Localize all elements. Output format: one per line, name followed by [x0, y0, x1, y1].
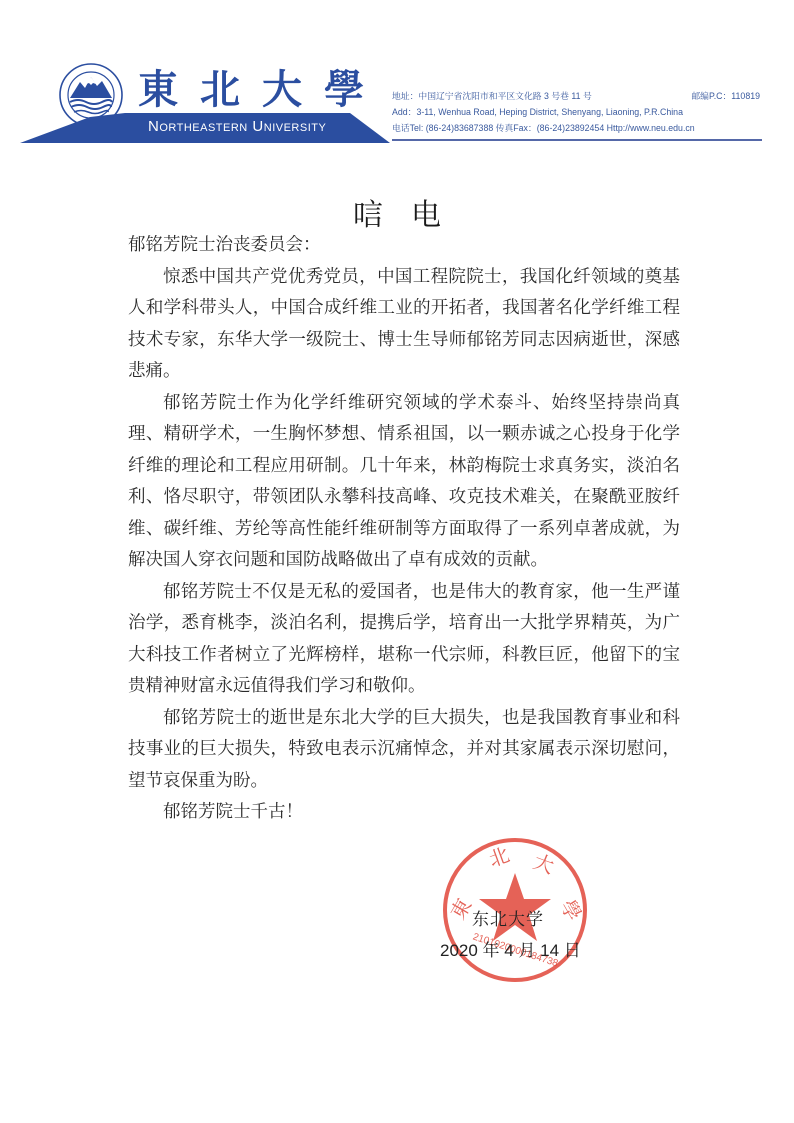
- university-name-cn: 東北大學: [138, 58, 386, 115]
- paragraph-3: 郁铭芳院士不仅是无私的爱国者，也是伟大的教育家，他一生严谨治学，悉育桃李，淡泊名…: [128, 577, 680, 703]
- signature-date: 2020 年 4 月 14 日: [440, 936, 581, 961]
- salutation: 郁铭芳院士治丧委员会：: [128, 230, 680, 262]
- phone-fax-web: 电话Tel: (86-24)83687388 传真Fax：(86-24)2389…: [392, 123, 695, 133]
- postcode: 邮编P.C：110819: [691, 88, 760, 104]
- letter-body: 郁铭芳院士治丧委员会： 惊悉中国共产党优秀党员，中国工程院院士，我国化纤领域的奠…: [128, 230, 680, 829]
- letterhead: 東北大學 Northeastern University 地址：中国辽宁省沈阳市…: [0, 0, 794, 150]
- address-en: Add：3-11, Wenhua Road, Heping District, …: [392, 107, 683, 117]
- contact-info: 地址：中国辽宁省沈阳市和平区文化路 3 号巷 11 号 邮编P.C：110819…: [392, 88, 760, 136]
- paragraph-2: 郁铭芳院士作为化学纤维研究领域的学术泰斗、始终坚持崇尚真理、精研学术，一生胸怀梦…: [128, 388, 680, 577]
- header-divider: [392, 139, 762, 141]
- paragraph-1: 惊悉中国共产党优秀党员，中国工程院院士，我国化纤领域的奠基人和学科带头人，中国合…: [128, 262, 680, 388]
- closing: 郁铭芳院士千古！: [128, 797, 680, 829]
- university-name-en: Northeastern University: [148, 118, 326, 135]
- address-cn: 地址：中国辽宁省沈阳市和平区文化路 3 号巷 11 号: [392, 91, 592, 101]
- stamp-char-2: 北: [486, 842, 513, 871]
- stamp-char-3: 大: [530, 849, 557, 878]
- signature-org: 东北大学: [472, 905, 544, 930]
- paragraph-4: 郁铭芳院士的逝世是东北大学的巨大损失，也是我国教育事业和科技事业的巨大损失，特致…: [128, 703, 680, 798]
- letter-title: 唁电: [0, 190, 794, 234]
- stamp-char-4: 學: [556, 896, 587, 925]
